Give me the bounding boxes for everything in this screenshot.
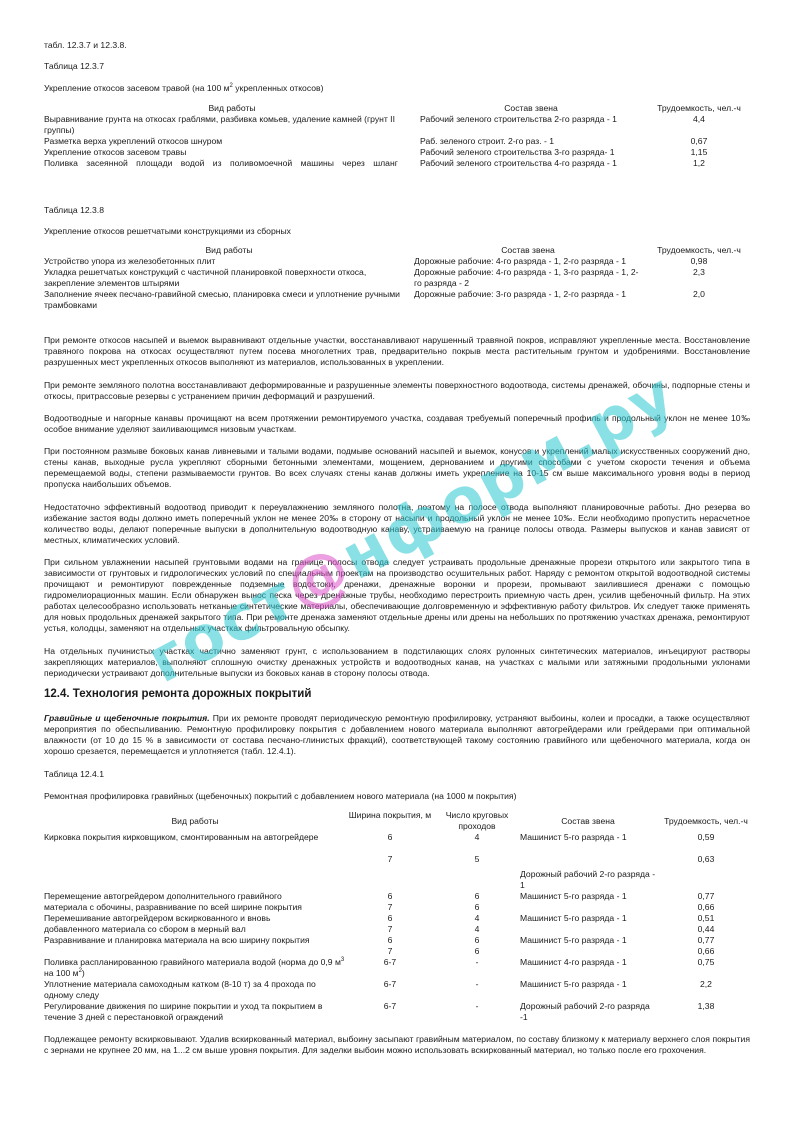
cell-work: добавленного материала со сбором в мерны… — [44, 924, 346, 935]
cell-labor: 0,67 — [642, 136, 756, 147]
cell-crew: Машинист 5-го разряда - 1 — [520, 832, 656, 854]
cell-crew: Машинист 5-го разряда - 1 — [520, 979, 656, 1001]
cell-width: 6 — [346, 832, 434, 854]
header-width: Ширина покрытия, м — [346, 810, 434, 832]
cell-work: Разравнивание и планировка материала на … — [44, 935, 346, 946]
header-labor: Трудоемкость, чел.-ч — [656, 810, 756, 832]
cell-work — [44, 869, 346, 891]
header-work: Вид работы — [44, 810, 346, 832]
cell-width: 7 — [346, 946, 434, 957]
cell-crew: Дорожные рабочие: 4-го разряда - 1, 3-го… — [414, 267, 642, 289]
cell-labor: 0,75 — [656, 957, 756, 979]
cell-width: 6-7 — [346, 957, 434, 979]
cell-crew: Раб. зеленого строит. 2-го раз. - 1 — [420, 136, 642, 147]
table-row: 7 6 0,66 — [44, 946, 756, 957]
table-row: Перемещение автогрейдером дополнительног… — [44, 891, 756, 902]
table-row: Укладка решетчатых конструкций с частичн… — [44, 267, 756, 289]
table-row: Кирковка покрытия кирковщиком, смонтиров… — [44, 832, 756, 854]
cell-crew — [520, 902, 656, 913]
cell-width: 6-7 — [346, 1001, 434, 1023]
cell-crew — [520, 924, 656, 935]
table-label-12-3-7: Таблица 12.3.7 — [44, 61, 104, 72]
header-labor: Трудоемкость, чел.-ч — [642, 103, 756, 114]
cell-width: 7 — [346, 902, 434, 913]
cell-work: Регулирование движения по ширине покрыти… — [44, 1001, 346, 1023]
cell-work: Перемещение автогрейдером дополнительног… — [44, 891, 346, 902]
paragraph-slope-repair: При ремонте откосов насыпей и выемок выр… — [44, 335, 750, 368]
cell-passes: 6 — [434, 946, 520, 957]
header-work: Вид работы — [44, 103, 420, 114]
cell-labor: 2,3 — [642, 267, 756, 289]
cell-width: 7 — [346, 854, 434, 869]
cell-work: материала с обочины, разравнивание по вс… — [44, 902, 346, 913]
cell-crew — [520, 946, 656, 957]
cell-crew: Рабочий зеленого строительства 2-го разр… — [420, 114, 642, 136]
table-row: материала с обочины, разравнивание по вс… — [44, 902, 756, 913]
cell-passes — [434, 869, 520, 891]
cell-work: Укрепление откосов засевом травы — [44, 147, 420, 158]
cell-labor: 2,0 — [642, 289, 756, 311]
table-row: Поливка засеянной площади водой из полив… — [44, 158, 756, 169]
cell-work: Кирковка покрытия кирковщиком, смонтиров… — [44, 832, 346, 854]
header-crew: Состав звена — [420, 103, 642, 114]
intro-reference: табл. 12.3.7 и 12.3.8. — [44, 40, 127, 51]
cell-labor: 0,77 — [656, 891, 756, 902]
table-12-3-8: Вид работы Состав звена Трудоемкость, че… — [44, 245, 756, 311]
cell-work: Выравнивание грунта на откосах граблями,… — [44, 114, 420, 136]
cell-labor: 0,44 — [656, 924, 756, 935]
cell-width: 7 — [346, 924, 434, 935]
cell-crew — [520, 854, 656, 869]
cell-passes: 4 — [434, 913, 520, 924]
paragraph-erosion: При постоянном размыве боковых канав лив… — [44, 446, 750, 490]
cell-passes: - — [434, 1001, 520, 1023]
header-work: Вид работы — [44, 245, 414, 256]
cell-crew: Рабочий зеленого строительства 3-го разр… — [420, 147, 642, 158]
table-caption-12-3-8: Укрепление откосов решетчатыми конструкц… — [44, 226, 291, 237]
cell-crew: Дорожный рабочий 2-го разряда -1 — [520, 1001, 656, 1023]
cell-work — [44, 854, 346, 869]
cell-labor: 0,59 — [656, 832, 756, 854]
cell-crew: Машинист 5-го разряда - 1 — [520, 935, 656, 946]
cell-work: Перемешивание автогрейдером вскиркованно… — [44, 913, 346, 924]
table-label-12-3-8: Таблица 12.3.8 — [44, 205, 104, 216]
cell-crew: Дорожный рабочий 2-го разряда - 1 — [520, 869, 656, 891]
cell-labor: 0,77 — [656, 935, 756, 946]
cell-passes: - — [434, 979, 520, 1001]
cell-passes: - — [434, 957, 520, 979]
cell-labor: 1,15 — [642, 147, 756, 158]
cell-labor: 1,2 — [642, 158, 756, 169]
cell-passes: 6 — [434, 902, 520, 913]
table-row: Выравнивание грунта на откосах граблями,… — [44, 114, 756, 136]
cell-labor — [656, 869, 756, 891]
section-heading: 12.4. Технология ремонта дорожных покрыт… — [44, 687, 311, 701]
cell-work: Поливка засеянной площади водой из полив… — [44, 158, 420, 169]
table-row: добавленного материала со сбором в мерны… — [44, 924, 756, 935]
cell-crew: Дорожные рабочие: 4-го разряда - 1, 2-го… — [414, 256, 642, 267]
lead-term: Гравийные и щебеночные покрытия. — [44, 713, 210, 723]
paragraph-gravel-coatings: Гравийные и щебеночные покрытия. При их … — [44, 713, 750, 757]
cell-passes: 4 — [434, 924, 520, 935]
cell-work: Заполнение ячеек песчано-гравийной смесь… — [44, 289, 414, 311]
paragraph-heaving: На отдельных пучинистых участках частичн… — [44, 646, 750, 679]
cell-work — [44, 946, 346, 957]
cell-labor: 0,98 — [642, 256, 756, 267]
header-passes: Число круговых проходов — [434, 810, 520, 832]
table-row: Укрепление откосов засевом травы Рабочий… — [44, 147, 756, 158]
cell-labor: 0,66 — [656, 946, 756, 957]
table-12-4-1: Вид работы Ширина покрытия, м Число круг… — [44, 810, 756, 1023]
table-row: Разметка верха укреплений откосов шнуром… — [44, 136, 756, 147]
table-row: 7 5 0,63 — [44, 854, 756, 869]
cell-labor: 0,63 — [656, 854, 756, 869]
cell-width: 6 — [346, 935, 434, 946]
table-row: Устройство упора из железобетонных плит … — [44, 256, 756, 267]
cell-passes: 4 — [434, 832, 520, 854]
paragraph-groundwater: При сильном увлажнении насыпей грунтовым… — [44, 557, 750, 634]
cell-labor: 2,2 — [656, 979, 756, 1001]
paragraph-ditches: Водоотводные и нагорные канавы прочищают… — [44, 413, 750, 435]
table-row: Уплотнение материала самоходным катком (… — [44, 979, 756, 1001]
cell-labor: 1,38 — [656, 1001, 756, 1023]
cell-work: Устройство упора из железобетонных плит — [44, 256, 414, 267]
table-row: Заполнение ячеек песчано-гравийной смесь… — [44, 289, 756, 311]
cell-crew: Дорожные рабочие: 3-го разряда - 1, 2-го… — [414, 289, 642, 311]
table-caption-12-4-1: Ремонтная профилировка гравийных (щебено… — [44, 791, 516, 802]
table-row: Перемешивание автогрейдером вскиркованно… — [44, 913, 756, 924]
cell-crew: Машинист 4-го разряда - 1 — [520, 957, 656, 979]
cell-width: 6 — [346, 913, 434, 924]
table-row: Поливка распланированною гравийного мате… — [44, 957, 756, 979]
cell-crew: Рабочий зеленого строительства 4-го разр… — [420, 158, 642, 169]
cell-width: 6-7 — [346, 979, 434, 1001]
cell-labor: 0,51 — [656, 913, 756, 924]
cell-crew: Машинист 5-го разряда - 1 — [520, 913, 656, 924]
table-row: Регулирование движения по ширине покрыти… — [44, 1001, 756, 1023]
cell-work: Уплотнение материала самоходным катком (… — [44, 979, 346, 1001]
table-label-12-4-1: Таблица 12.4.1 — [44, 769, 104, 780]
header-crew: Состав звена — [520, 810, 656, 832]
paragraph-drainage: Недостаточно эффективный водоотвод приво… — [44, 502, 750, 546]
cell-crew: Машинист 5-го разряда - 1 — [520, 891, 656, 902]
paragraph-pothole-repair: Подлежащее ремонту вскирковывают. Удалив… — [44, 1034, 750, 1056]
cell-work: Поливка распланированною гравийного мате… — [44, 957, 346, 979]
cell-width: 6 — [346, 891, 434, 902]
header-labor: Трудоемкость, чел.-ч — [642, 245, 756, 256]
table-12-3-7: Вид работы Состав звена Трудоемкость, че… — [44, 103, 756, 169]
cell-width — [346, 869, 434, 891]
cell-passes: 6 — [434, 935, 520, 946]
table-row: Дорожный рабочий 2-го разряда - 1 — [44, 869, 756, 891]
cell-work: Укладка решетчатых конструкций с частичн… — [44, 267, 414, 289]
cell-labor: 4,4 — [642, 114, 756, 136]
header-crew: Состав звена — [414, 245, 642, 256]
cell-passes: 5 — [434, 854, 520, 869]
cell-labor: 0,66 — [656, 902, 756, 913]
table-row: Разравнивание и планировка материала на … — [44, 935, 756, 946]
cell-work: Разметка верха укреплений откосов шнуром — [44, 136, 420, 147]
paragraph-subgrade-repair: При ремонте земляного полотна восстанавл… — [44, 380, 750, 402]
table-caption-12-3-7: Укрепление откосов засевом травой (на 10… — [44, 83, 323, 94]
cell-passes: 6 — [434, 891, 520, 902]
